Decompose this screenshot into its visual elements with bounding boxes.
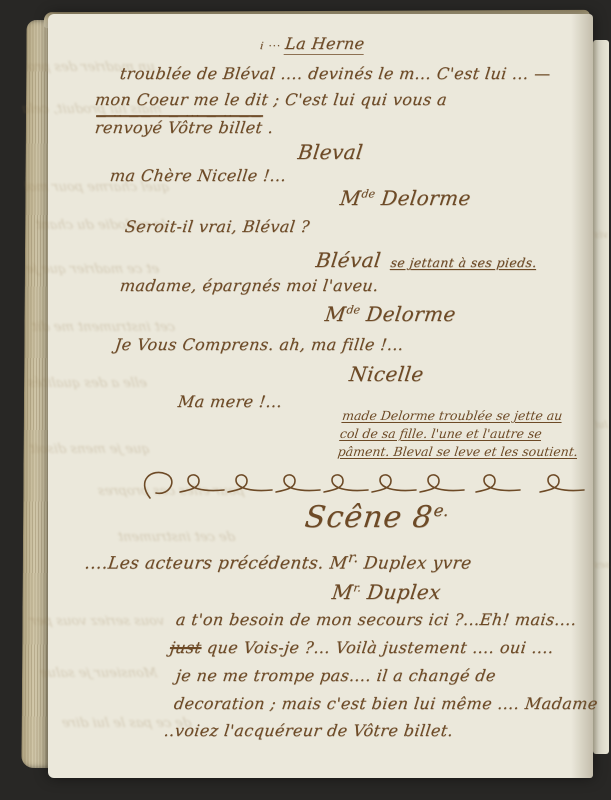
dialogue-line: madame, épargnés moi l'aveu. — [119, 276, 380, 295]
bleedthrough-text: Monsieur je salue — [39, 666, 158, 681]
dialogue-line: troublée de Bléval .... devinés le m... … — [119, 64, 552, 83]
cast-line: ....Les acteurs précédents. Mr. Duplex y… — [84, 550, 474, 574]
dialogue-line: just que Vois-je ?... Voilà justement ..… — [169, 638, 555, 657]
crossed-out-word: just — [169, 638, 203, 657]
stage-direction-line: made Delorme troublée se jette au — [341, 408, 563, 423]
name-main: Delorme — [358, 302, 457, 326]
dialogue-line: Je Vous Comprens. ah, ma fille !... — [114, 335, 405, 354]
dialogue-line: je ne me trompe pas.... il a changé de — [175, 666, 497, 685]
name-prefix: M — [324, 302, 348, 326]
stage-direction: made Delorme troublée se jette au col de… — [337, 407, 590, 461]
stage-direction-line: pâment. Bleval se leve et les soutient. — [337, 444, 579, 459]
character-heading-bleval: Blévalse jettant à ses pieds. — [315, 248, 539, 272]
stage-note: se jettant à ses pieds. — [390, 255, 538, 270]
name-main: Duplex — [359, 580, 442, 604]
manuscript-photo: { "colors": { "background": "#282725", "… — [0, 0, 611, 800]
bleedthrough-text: ses — [593, 560, 611, 571]
dialogue-line: renvoyé Vôtre billet . — [94, 118, 275, 137]
character-heading-bleval: Bleval — [57, 140, 605, 164]
character-heading-delorme: Mde Delorme — [117, 302, 611, 326]
character-heading-delorme: Mde Delorme — [132, 186, 611, 210]
scene-heading: Scêne 8e. — [102, 500, 611, 535]
bleedthrough-text: vis — [593, 230, 609, 241]
scene-label: Scêne 8 — [303, 500, 435, 535]
name-main: Bléval — [315, 248, 383, 272]
character-heading-nicelle: Nicelle — [113, 362, 611, 386]
name-main: Delorme — [373, 186, 472, 210]
dialogue-line: ma Chère Nicelle !... — [109, 166, 288, 185]
page-header: i ···La Herne — [39, 34, 586, 53]
dialogue-line: mon Coeur me le dit ; C'est lui qui vous… — [94, 90, 448, 109]
cast-text: ....Les acteurs précédents. M — [84, 554, 349, 574]
dialogue-line: ..voiez l'acquéreur de Vôtre billet. — [163, 721, 455, 740]
scene-superscript: e. — [433, 501, 450, 520]
header-mark: i ··· — [259, 41, 281, 52]
dialogue-text: que Vois-je ?... Voilà justement .... ou… — [206, 638, 555, 657]
dialogue-line: Seroit-il vrai, Bléval ? — [124, 217, 311, 236]
dialogue-line: decoration ; mais c'est bien lui même ..… — [173, 694, 599, 713]
cast-text: Duplex yvre — [357, 554, 473, 574]
manuscript-page: un madrier des pro mais lui produit, cel… — [48, 14, 593, 778]
bleedthrough-text: et ce madrier que je — [25, 262, 160, 277]
header-title: La Herne — [284, 34, 366, 55]
bleedthrough-text: vous seriez vous per — [29, 614, 165, 629]
stage-direction-line: col de sa fille. l'une et l'autre se — [339, 426, 543, 441]
name-prefix: M — [339, 186, 363, 210]
character-heading-duplex: Mr. Duplex — [113, 580, 611, 604]
bleedthrough-text: lui — [594, 420, 608, 431]
name-prefix: M — [331, 580, 355, 604]
dialogue-line: a t'on besoin de mon secours ici ?...Eh!… — [175, 610, 578, 629]
dialogue-line: Ma mere !... — [177, 392, 284, 411]
bleedthrough-text: que je mens disoit — [29, 442, 151, 457]
